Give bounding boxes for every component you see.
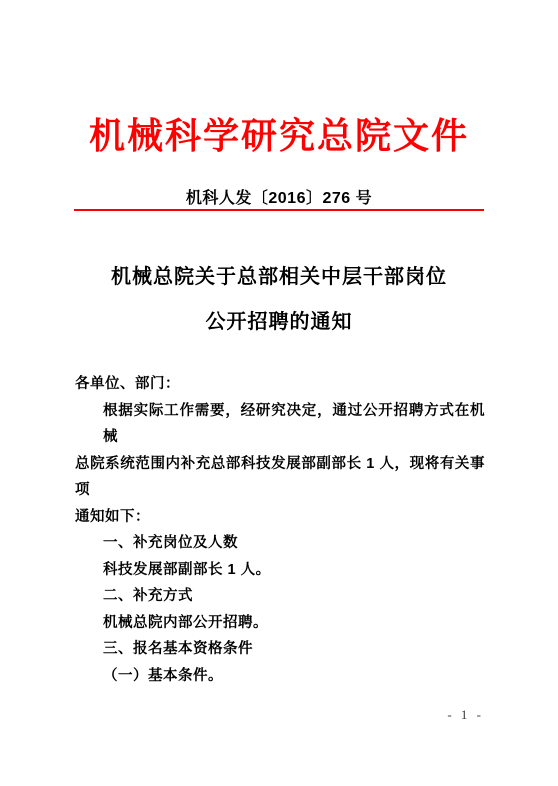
body-line: 总院系统范围内补充总部科技发展部副部长 1 人，现将有关事项	[75, 451, 485, 504]
body-section-heading: 一、补充岗位及人数	[75, 530, 485, 557]
red-header-title: 机械科学研究总院文件	[0, 108, 558, 159]
salutation: 各单位、部门：	[75, 371, 485, 398]
body-line: 根据实际工作需要，经研究决定，通过公开招聘方式在机械	[75, 398, 485, 451]
notice-title: 机械总院关于总部相关中层干部岗位 公开招聘的通知	[0, 255, 558, 345]
document-page: 机械科学研究总院文件 机科人发〔2016〕276 号 机械总院关于总部相关中层干…	[0, 0, 558, 786]
doc-number: 机科人发〔2016〕276 号	[0, 185, 558, 208]
body-section-heading: 二、补充方式	[75, 583, 485, 610]
notice-title-line2: 公开招聘的通知	[0, 300, 558, 345]
body-line: 机械总院内部公开招聘。	[75, 610, 485, 637]
red-divider-line	[74, 209, 484, 211]
page-number: - 1 -	[447, 707, 484, 723]
body-line: 通知如下：	[75, 504, 485, 531]
body-section-heading: 三、报名基本资格条件	[75, 636, 485, 663]
notice-title-line1: 机械总院关于总部相关中层干部岗位	[0, 255, 558, 300]
body-line: （一）基本条件。	[75, 663, 485, 690]
document-body: 各单位、部门： 根据实际工作需要，经研究决定，通过公开招聘方式在机械 总院系统范…	[75, 371, 485, 689]
body-line: 科技发展部副部长 1 人。	[75, 557, 485, 584]
